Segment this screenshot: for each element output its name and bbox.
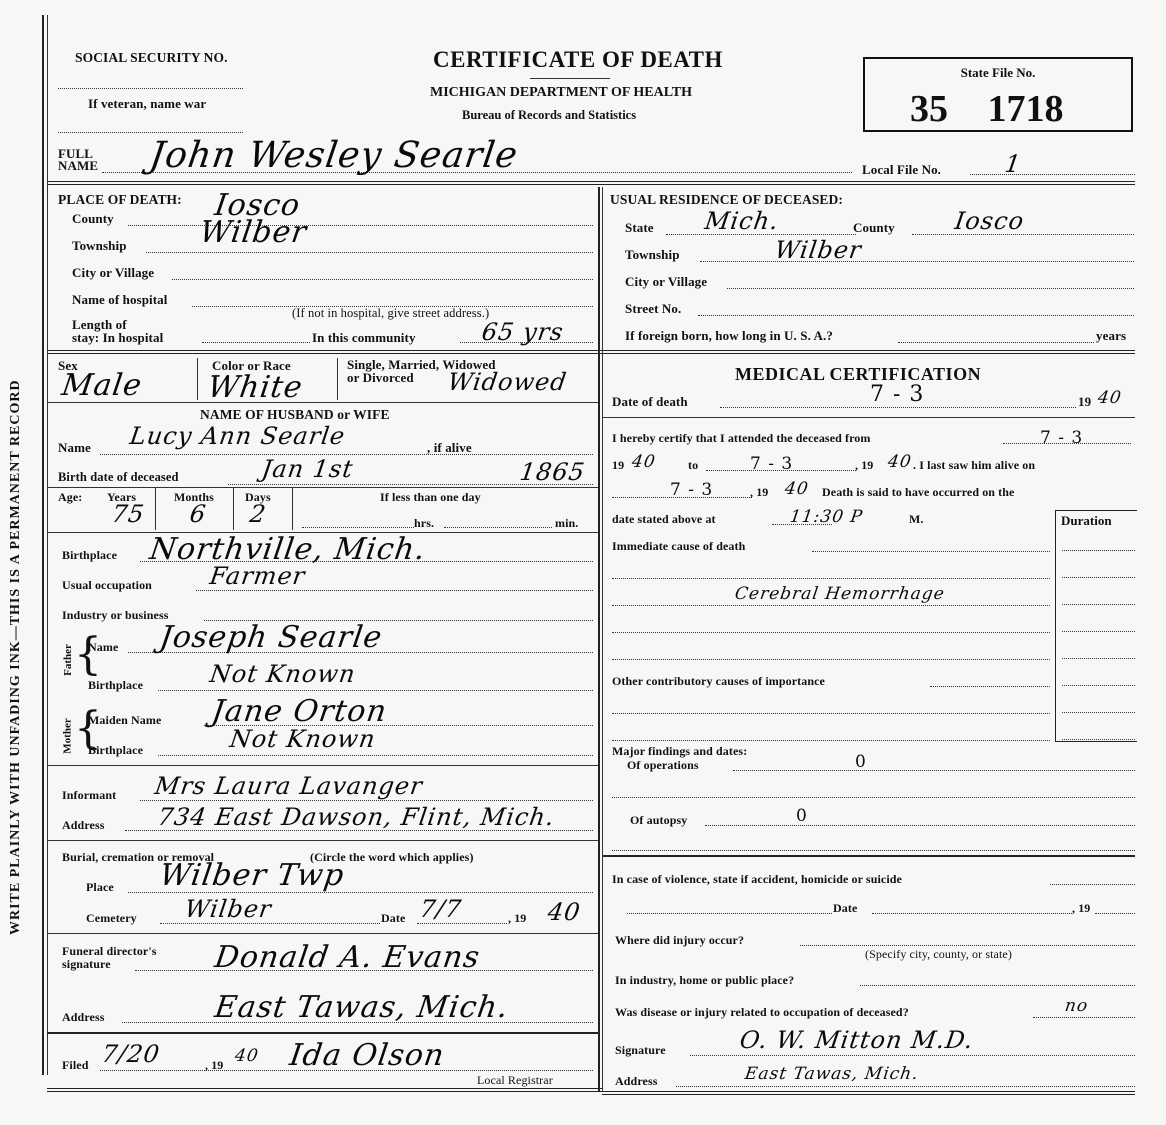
occupation-label: Usual occupation [62,578,152,593]
race-marital-divider [337,358,338,400]
title-rule [530,78,610,79]
birthplace-label: Birthplace [62,548,117,563]
age-days-value[interactable]: 2 [248,500,268,528]
major-findings-label: Major findings and dates: [612,744,747,759]
to-year[interactable]: 40 [887,452,913,472]
violence-year-prefix: , 19 [1072,901,1090,916]
age-years-value[interactable]: 75 [110,500,146,528]
marital-value[interactable]: Widowed [446,368,569,396]
state-file-number: 35 1718 [910,87,1064,131]
minutes-field[interactable] [444,527,552,528]
duration-line-5[interactable] [1062,658,1135,659]
cause-line-2 [612,578,1050,579]
findings-divider [603,855,1135,857]
bureau-name: Bureau of Records and Statistics [462,108,636,123]
res-county-label: County [853,220,895,236]
spouse-name-label: Name [58,440,91,456]
place-of-death-heading: PLACE OF DEATH: [58,192,182,208]
pod-city-field[interactable] [172,279,593,280]
bottom-right-divider [602,1091,1135,1095]
informant-address-label: Address [62,818,105,833]
informant-divider [47,840,598,841]
pod-length-label: Length of stay: In hospital [72,318,163,344]
race-value[interactable]: White [206,370,305,405]
filed-label: Filed [62,1058,89,1073]
cause-line-5[interactable] [612,659,1050,660]
local-file-line [970,174,1135,175]
violence-date-field[interactable] [872,913,1072,914]
occupation-value[interactable]: Farmer [208,562,307,590]
full-name-label: FULL NAME [58,148,98,172]
full-name-value[interactable]: John Wesley Searle [147,135,521,176]
pod-hospital-label: Name of hospital [72,292,168,308]
bottom-left-divider [47,1088,602,1092]
physician-signature-line [690,1055,1135,1056]
from-year-prefix: 19 [612,458,624,473]
pod-hospital-note: (If not in hospital, give street address… [292,306,489,321]
age-divider-3 [292,488,293,530]
filed-date-value[interactable]: 7/20 [100,1040,162,1068]
physician-address-label: Address [615,1074,658,1089]
autopsy-value[interactable]: 0 [796,806,808,826]
hours-field[interactable] [302,527,414,528]
operations-line-2[interactable] [612,797,1135,798]
birth-date-value[interactable]: Jan 1st [260,455,355,483]
filed-year-value[interactable]: 40 [234,1046,260,1066]
res-city-label: City or Village [625,274,707,290]
res-county-value[interactable]: Iosco [953,207,1026,235]
res-state-label: State [625,220,654,236]
last-saw-year[interactable]: 40 [784,479,810,499]
left-border [42,15,44,1075]
spouse-alive-label: , if alive [427,440,472,456]
to-year-prefix: , 19 [855,458,873,473]
last-saw-value[interactable]: 7 - 3 [670,480,713,500]
duration-box: Duration [1055,510,1137,742]
res-city-field[interactable] [727,288,1134,289]
injury-where-note: (Specify city, county, or state) [865,947,1012,962]
mother-label: Mother [62,718,74,753]
left-border-inner [47,15,48,1075]
injury-place-label: In industry, home or public place? [615,973,794,988]
registrar-signature[interactable]: Ida Olson [288,1038,447,1073]
burial-place-label: Place [86,880,114,895]
father-birthplace-value[interactable]: Not Known [208,660,357,688]
from-year[interactable]: 40 [631,452,657,472]
other-causes-line-1[interactable] [930,686,1050,687]
other-causes-line-2[interactable] [612,713,1050,714]
funeral-signature-value[interactable]: Donald A. Evans [213,940,483,975]
violence-year-field[interactable] [1095,913,1135,914]
date-of-death-value[interactable]: 7 - 3 [870,382,924,407]
pod-city-label: City or Village [72,265,154,281]
occupation-related-line [1033,1017,1135,1018]
date-of-death-divider [603,417,1135,418]
cause-line-1 [812,551,1050,552]
industry-label: Industry or business [62,608,168,623]
duration-line-3[interactable] [1062,604,1135,605]
funeral-director-label: Funeral director's signature [62,945,157,971]
local-file-label: Local File No. [862,162,941,178]
state-file-box: State File No. 35 1718 [863,57,1133,132]
birth-row-divider [47,487,598,488]
occupation-related-label: Was disease or injury related to occupat… [615,1005,909,1020]
injury-where-label: Where did injury occur? [615,933,744,948]
physician-signature-value[interactable]: O. W. Mitton M.D. [738,1026,975,1054]
injury-where-field[interactable] [800,945,1135,946]
veteran-label: If veteran, name war [88,96,206,112]
time-suffix: M. [909,512,924,527]
physician-signature-label: Signature [615,1043,666,1058]
injury-place-field[interactable] [860,985,1135,986]
violence-line-2[interactable] [627,913,832,914]
other-causes-label: Other contributory causes of importance [612,674,825,689]
mother-maiden-label: Maiden Name [88,713,161,728]
cemetery-label: Cemetery [86,911,137,926]
social-security-label: SOCIAL SECURITY NO. [75,50,228,66]
hrs-label: hrs. [414,516,434,531]
date-stated-text: date stated above at [612,512,716,527]
birth-date-label: Birth date of deceased [58,470,179,485]
funeral-address-value[interactable]: East Tawas, Mich. [213,990,511,1025]
duration-label: Duration [1061,513,1112,529]
violence-label: In case of violence, state if accident, … [612,872,902,887]
burial-date-value[interactable]: 7/7 [418,895,464,923]
duration-line-8[interactable] [1062,739,1135,740]
occupation-line [196,590,593,591]
operations-value[interactable]: 0 [855,752,867,772]
father-birthplace-line [158,690,593,691]
res-township-line [700,261,1134,262]
pod-county-label: County [72,211,114,227]
social-security-field[interactable] [58,88,243,89]
other-causes-line-3[interactable] [612,740,1050,741]
side-instruction-text: WRITE PLAINLY WITH UNFADING INK—THIS IS … [8,379,24,935]
center-divider-inner [602,187,603,1092]
pod-township-line [146,252,593,253]
last-saw-text: . I last saw him alive on [913,458,1035,473]
pod-county-line [128,225,593,226]
filed-year-prefix: , 19 [205,1058,223,1073]
funeral-divider [47,1032,598,1034]
death-certificate: WRITE PLAINLY WITH UNFADING INK—THIS IS … [0,0,1166,1125]
mother-birthplace-label: Birthplace [88,743,143,758]
age-label: Age: [58,490,82,505]
res-foreign-field[interactable] [898,342,1094,343]
res-foreign-label: If foreign born, how long in U. S. A.? [625,328,833,344]
attended-from-value[interactable]: 7 - 3 [1040,428,1083,448]
department-name: MICHIGAN DEPARTMENT OF HEALTH [430,85,692,101]
cemetery-line [160,923,380,924]
father-label: Father [62,644,74,676]
age-months-value[interactable]: 6 [188,500,208,528]
sex-value[interactable]: Male [60,368,145,403]
cause-line-4[interactable] [612,632,1050,633]
header-divider [47,181,1135,185]
center-divider [598,187,600,1092]
sex-race-divider [197,358,198,400]
personal-row-divider [47,402,598,403]
physician-address-value[interactable]: East Tawas, Mich. [744,1064,920,1084]
burial-year-prefix: , 19 [508,911,526,926]
less-than-day-label: If less than one day [380,490,481,505]
spouse-heading: NAME OF HUSBAND or WIFE [200,407,390,423]
pod-township-label: Township [72,238,127,254]
operations-line [733,770,1135,771]
to-label: to [688,458,698,473]
mother-birthplace-value[interactable]: Not Known [228,725,377,753]
informant-value[interactable]: Mrs Laura Lavanger [153,772,425,800]
autopsy-label: Of autopsy [630,813,687,828]
burial-place-value[interactable]: Wilber Twp [158,858,347,893]
age-divider-2 [233,488,234,530]
pod-community-value[interactable]: 65 yrs [480,318,565,346]
informant-label: Informant [62,788,116,803]
min-label: min. [555,516,578,531]
res-years-label: years [1096,328,1126,344]
veteran-field[interactable] [58,132,243,133]
date-of-death-year[interactable]: 40 [1097,388,1123,408]
date-of-death-line [720,407,1076,408]
physician-address-line [676,1086,1135,1087]
certificate-title: CERTIFICATE OF DEATH [433,47,723,73]
duration-line-7[interactable] [1062,712,1135,713]
res-township-label: Township [625,247,680,263]
duration-line-2[interactable] [1062,577,1135,578]
father-name-value[interactable]: Joseph Searle [158,620,385,655]
parents-divider [47,765,598,766]
birth-year-value[interactable]: 1865 [518,458,587,486]
cemetery-value[interactable]: Wilber [183,895,274,923]
autopsy-line [705,825,1135,826]
res-street-label: Street No. [625,301,681,317]
age-divider-1 [155,488,156,530]
time-value[interactable]: 11:30 P [789,507,865,527]
res-county-line [912,234,1134,235]
burial-year-value[interactable]: 40 [546,898,582,926]
duration-line-6[interactable] [1062,685,1135,686]
informant-address-value[interactable]: 734 East Dawson, Flint, Mich. [156,803,557,831]
mother-maiden-value[interactable]: Jane Orton [210,694,390,729]
burial-date-line [417,923,507,924]
attended-to-value[interactable]: 7 - 3 [750,454,793,474]
pod-hospital-stay-field[interactable] [202,342,310,343]
occupation-related-value[interactable]: no [1064,996,1090,1016]
pod-community-label: In this community [312,330,416,346]
death-said-text: Death is said to have occurred on the [822,485,1014,500]
duration-line-4[interactable] [1062,631,1135,632]
burial-divider [47,933,598,934]
registrar-label: Local Registrar [477,1073,553,1088]
burial-date-label: Date [381,911,405,926]
duration-line-1[interactable] [1062,550,1135,551]
date-of-death-label: Date of death [612,394,688,410]
spouse-name-value[interactable]: Lucy Ann Searle [128,422,347,450]
res-township-value[interactable]: Wilber [773,236,864,264]
res-state-value[interactable]: Mich. [703,207,781,235]
operations-label: Of operations [627,758,699,773]
certify-text: I hereby certify that I attended the dec… [612,431,871,446]
section-divider-1 [47,350,1135,354]
pod-township-value[interactable]: Wilber [198,215,310,250]
medical-certification-heading: MEDICAL CERTIFICATION [735,364,981,385]
violence-date-label: Date [833,901,857,916]
date-of-death-year-prefix: 19 [1078,394,1091,410]
immediate-cause-label: Immediate cause of death [612,539,745,554]
mother-birthplace-line [158,755,593,756]
violence-field[interactable] [1050,884,1135,885]
father-birthplace-label: Birthplace [88,678,143,693]
residence-heading: USUAL RESIDENCE OF DECEASED: [610,192,843,208]
res-street-field[interactable] [698,315,1134,316]
father-name-label: Name [88,640,118,655]
autopsy-line-2[interactable] [612,850,1135,851]
state-file-label: State File No. [865,65,1131,81]
informant-line [140,800,593,801]
cause-line-3 [612,605,1050,606]
immediate-cause-value[interactable]: Cerebral Hemorrhage [734,584,947,604]
funeral-address-label: Address [62,1010,105,1025]
last-saw-year-prefix: , 19 [750,485,768,500]
